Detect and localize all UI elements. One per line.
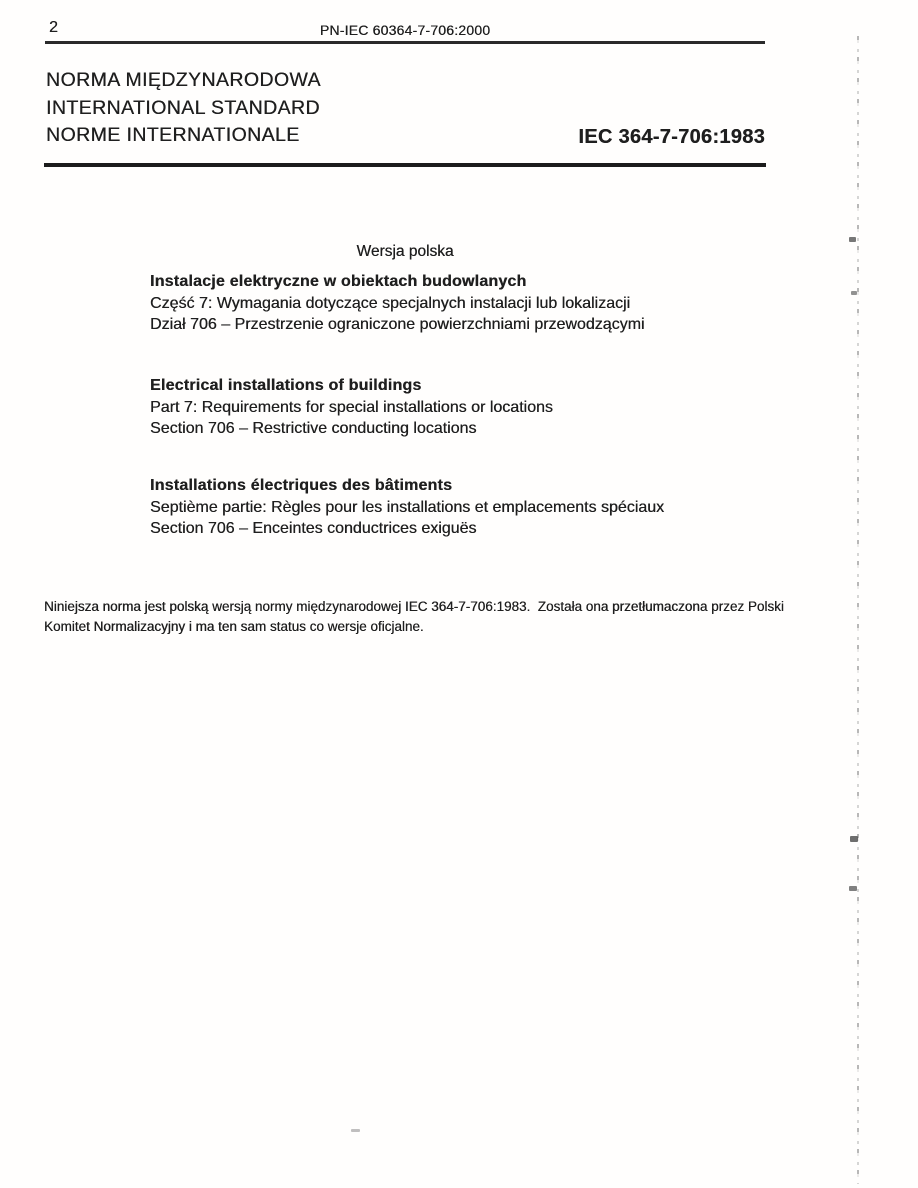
scan-artifact-line (857, 36, 859, 1184)
masthead-rule (44, 163, 766, 167)
scanned-standard-page: 2 PN-IEC 60364-7-706:2000 NORMA MIĘDZYNA… (0, 0, 918, 1188)
scan-speck (351, 1129, 360, 1132)
title-block-french: Installations électriques des bâtiments … (150, 475, 664, 540)
french-part-line: Septième partie: Règles pour les install… (150, 497, 664, 519)
version-label: Wersja polska (45, 243, 765, 261)
english-title: Electrical installations of buildings (150, 375, 553, 397)
scan-speck (851, 291, 857, 295)
scan-speck (849, 886, 857, 891)
title-block-english: Electrical installations of buildings Pa… (150, 375, 553, 440)
french-section-line: Section 706 – Enceintes conductrices exi… (150, 518, 664, 540)
english-part-line: Part 7: Requirements for special install… (150, 397, 553, 419)
english-section-line: Section 706 – Restrictive conducting loc… (150, 418, 553, 440)
polish-title: Instalacje elektryczne w obiektach budow… (150, 271, 644, 293)
polish-section-line: Dział 706 – Przestrzenie ograniczone pow… (150, 314, 644, 336)
masthead-line-polish: NORMA MIĘDZYNARODOWA (46, 67, 321, 95)
note-line-1: Niniejsza norma jest polską wersją normy… (44, 597, 784, 617)
masthead-line-english: INTERNATIONAL STANDARD (46, 95, 321, 123)
translation-note: Niniejsza norma jest polską wersją normy… (44, 597, 784, 636)
scan-speck (850, 836, 858, 842)
polish-part-line: Część 7: Wymagania dotyczące specjalnych… (150, 293, 644, 315)
french-title: Installations électriques des bâtiments (150, 475, 664, 497)
running-header: PN-IEC 60364-7-706:2000 (45, 22, 765, 38)
scan-speck (849, 237, 856, 242)
header-rule (45, 41, 765, 44)
standard-reference: IEC 364-7-706:1983 (45, 126, 765, 149)
note-line-2: Komitet Normalizacyjny i ma ten sam stat… (44, 617, 784, 637)
title-block-polish: Instalacje elektryczne w obiektach budow… (150, 271, 644, 336)
